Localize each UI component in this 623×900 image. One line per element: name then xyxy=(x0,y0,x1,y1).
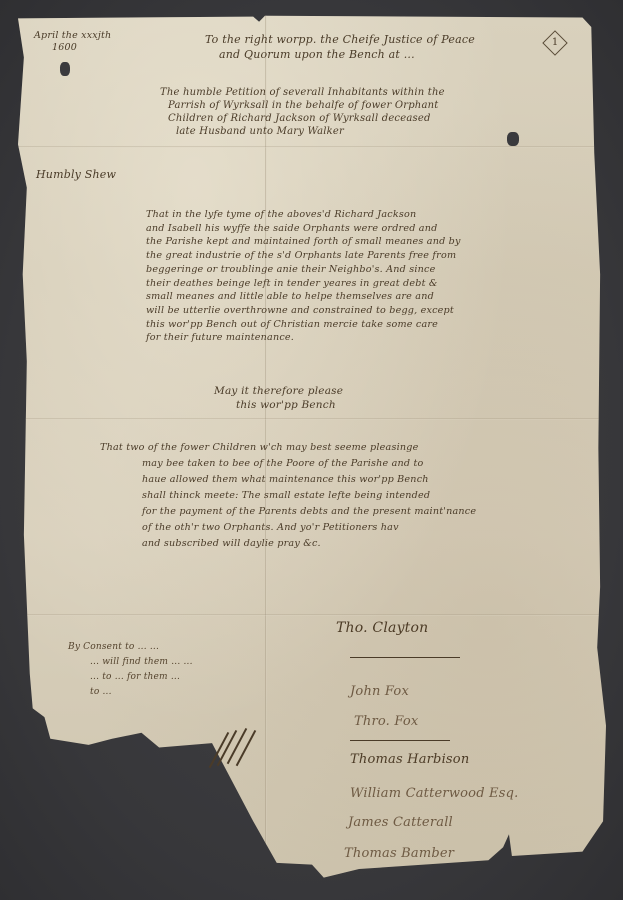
signature: William Catterwood Esq. xyxy=(350,786,518,801)
salutation: Humbly Shew xyxy=(36,168,116,181)
paper-hole xyxy=(60,62,70,76)
prayer-line: May it therefore please xyxy=(214,384,343,398)
signature: James Catterall xyxy=(348,815,453,830)
address-line: and Quorum upon the Bench at ... xyxy=(205,47,475,62)
signature: Thro. Fox xyxy=(354,714,418,729)
prayer-line: this wor'pp Bench xyxy=(214,398,343,412)
date-note-year: 1600 xyxy=(34,42,111,54)
body-paragraph-2: That two of the fower Children w'ch may … xyxy=(100,440,476,552)
address-block: To the right worpp. the Cheife Justice o… xyxy=(205,32,475,62)
heading-line: Children of Richard Jackson of Wyrksall … xyxy=(160,112,445,125)
body-line: beggeringe or troublinge anie their Neig… xyxy=(146,263,461,277)
marginal-line: to ... xyxy=(68,685,193,700)
heading-line: late Husband unto Mary Walker xyxy=(160,125,445,138)
marginal-order: By Consent to ... ... ... will find them… xyxy=(68,640,193,700)
signature: Thomas Bamber xyxy=(344,846,454,861)
body-line: this wor'pp Bench out of Christian merci… xyxy=(146,318,461,332)
petition-heading: The humble Petition of severall Inhabita… xyxy=(160,86,445,138)
body-line: the great industrie of the s'd Orphants … xyxy=(146,249,461,263)
marginal-line: ... to ... for them ... xyxy=(68,670,193,685)
body-line: their deathes beinge left in tender year… xyxy=(146,277,461,291)
body-line: That in the lyfe tyme of the aboves'd Ri… xyxy=(146,208,461,222)
date-note: April the xxxjth 1600 xyxy=(34,30,111,54)
signature-flourish xyxy=(350,740,450,741)
horizontal-fold-crease xyxy=(18,614,606,616)
body-line: haue allowed them what maintenance this … xyxy=(100,472,476,488)
body-line: of the oth'r two Orphants. And yo'r Peti… xyxy=(100,520,476,536)
body-line: and Isabell his wyffe the saide Orphants… xyxy=(146,222,461,236)
body-line: and subscribed will daylie pray &c. xyxy=(100,536,476,552)
body-line: shall thinck meete: The small estate lef… xyxy=(100,488,476,504)
address-line: To the right worpp. the Cheife Justice o… xyxy=(205,32,475,47)
body-line: the Parishe kept and maintained forth of… xyxy=(146,235,461,249)
heading-line: The humble Petition of severall Inhabita… xyxy=(160,86,445,99)
signature: Thomas Harbison xyxy=(350,752,469,767)
marginal-line: ... will find them ... ... xyxy=(68,655,193,670)
date-note-line: April the xxxjth xyxy=(34,30,111,42)
body-line: for the payment of the Parents debts and… xyxy=(100,504,476,520)
body-line: small meanes and little able to helpe th… xyxy=(146,290,461,304)
marginal-line: By Consent to ... ... xyxy=(68,640,193,655)
signature-flourish xyxy=(350,657,460,658)
body-line: will be utterlie overthrowne and constra… xyxy=(146,304,461,318)
paper-hole xyxy=(507,132,519,146)
prayer-clause: May it therefore please this wor'pp Benc… xyxy=(214,384,343,412)
signature: John Fox xyxy=(350,684,409,699)
body-line: for their future maintenance. xyxy=(146,331,461,345)
folio-number: 1 xyxy=(547,35,563,51)
body-line: That two of the fower Children w'ch may … xyxy=(100,440,476,456)
horizontal-fold-crease xyxy=(18,418,606,420)
signature: Tho. Clayton xyxy=(336,620,428,636)
horizontal-fold-crease xyxy=(18,146,606,148)
body-paragraph-1: That in the lyfe tyme of the aboves'd Ri… xyxy=(146,208,461,345)
heading-line: Parrish of Wyrksall in the behalfe of fo… xyxy=(160,99,445,112)
body-line: may bee taken to bee of the Poore of the… xyxy=(100,456,476,472)
